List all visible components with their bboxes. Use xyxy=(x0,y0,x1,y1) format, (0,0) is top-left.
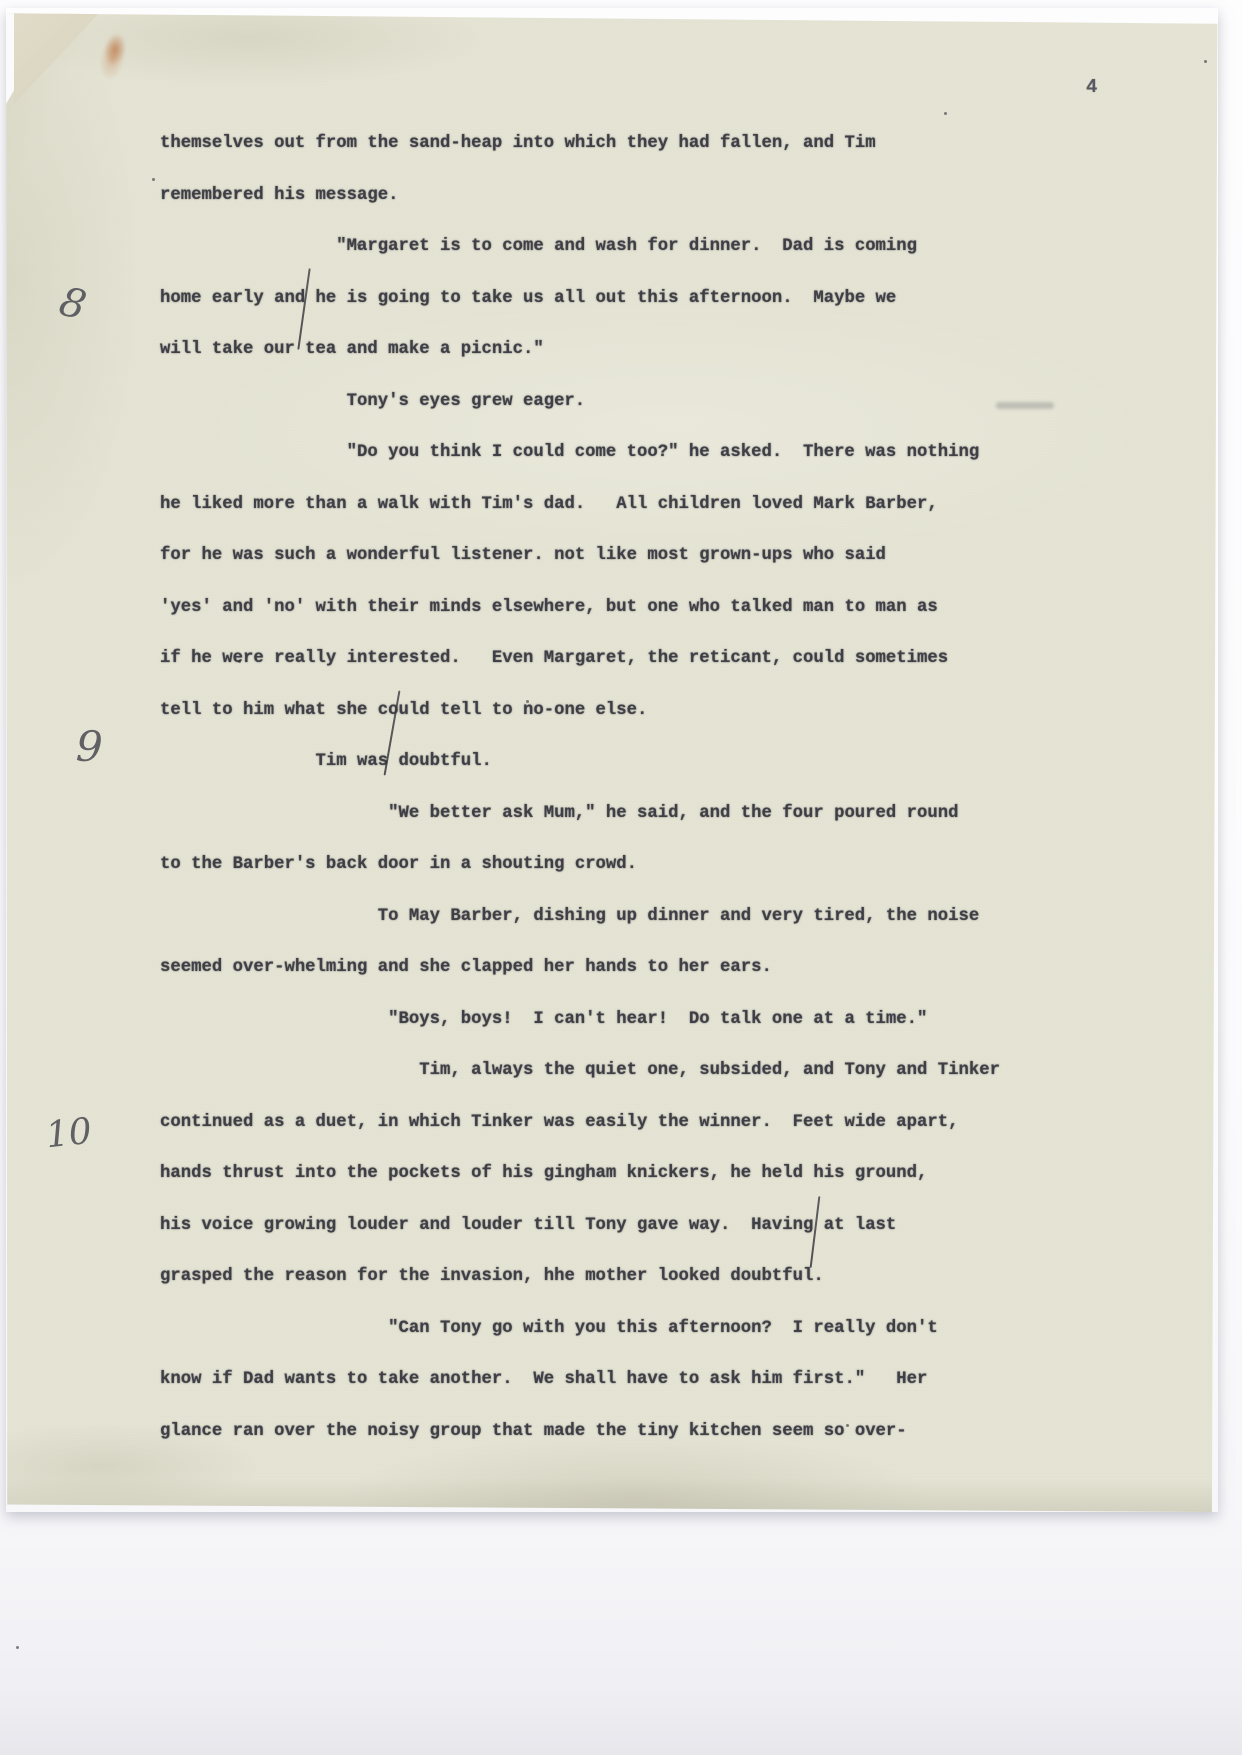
typed-line: grasped the reason for the invasion, hhe… xyxy=(160,1251,1170,1303)
typed-line: know if Dad wants to take another. We sh… xyxy=(160,1354,1170,1406)
typed-line: to the Barber's back door in a shouting … xyxy=(160,839,1170,891)
typed-line: home early and he is going to take us al… xyxy=(160,273,1170,325)
typed-line: To May Barber, dishing up dinner and ver… xyxy=(160,891,1170,943)
typed-line: remembered his message. xyxy=(160,170,1170,222)
typed-line: "Margaret is to come and wash for dinner… xyxy=(160,221,1170,273)
typed-line: hands thrust into the pockets of his gin… xyxy=(160,1148,1170,1200)
typed-line: Tim was doubtful. xyxy=(160,736,1170,788)
typed-line: will take our tea and make a picnic." xyxy=(160,324,1170,376)
typed-line: "Can Tony go with you this afternoon? I … xyxy=(160,1303,1170,1355)
typed-line: "Do you think I could come too?" he aske… xyxy=(160,427,1170,479)
typed-line: tell to him what she could tell to no-on… xyxy=(160,685,1170,737)
typed-line: 'yes' and 'no' with their minds elsewher… xyxy=(160,582,1170,634)
typed-line: seemed over-whelming and she clapped her… xyxy=(160,942,1170,994)
typed-line: "We better ask Mum," he said, and the fo… xyxy=(160,788,1170,840)
typed-line: themselves out from the sand-heap into w… xyxy=(160,118,1170,170)
typed-line: his voice growing louder and louder till… xyxy=(160,1200,1170,1252)
typed-line: "Boys, boys! I can't hear! Do talk one a… xyxy=(160,994,1170,1046)
typed-line: glance ran over the noisy group that mad… xyxy=(160,1406,1170,1458)
typed-line: for he was such a wonderful listener. no… xyxy=(160,530,1170,582)
typed-line: continued as a duet, in which Tinker was… xyxy=(160,1097,1170,1149)
typed-line: Tony's eyes grew eager. xyxy=(160,376,1170,428)
paper-speck xyxy=(16,1646,19,1649)
folded-corner-flap xyxy=(14,12,100,104)
typed-line: he liked more than a walk with Tim's dad… xyxy=(160,479,1170,531)
typed-line: if he were really interested. Even Marga… xyxy=(160,633,1170,685)
scanned-page-background: 4 themselves out from the sand-heap into… xyxy=(0,0,1242,1755)
typed-text-block: themselves out from the sand-heap into w… xyxy=(160,118,1170,1457)
page-number: 4 xyxy=(1086,76,1097,98)
typed-line: Tim, always the quiet one, subsided, and… xyxy=(160,1045,1170,1097)
